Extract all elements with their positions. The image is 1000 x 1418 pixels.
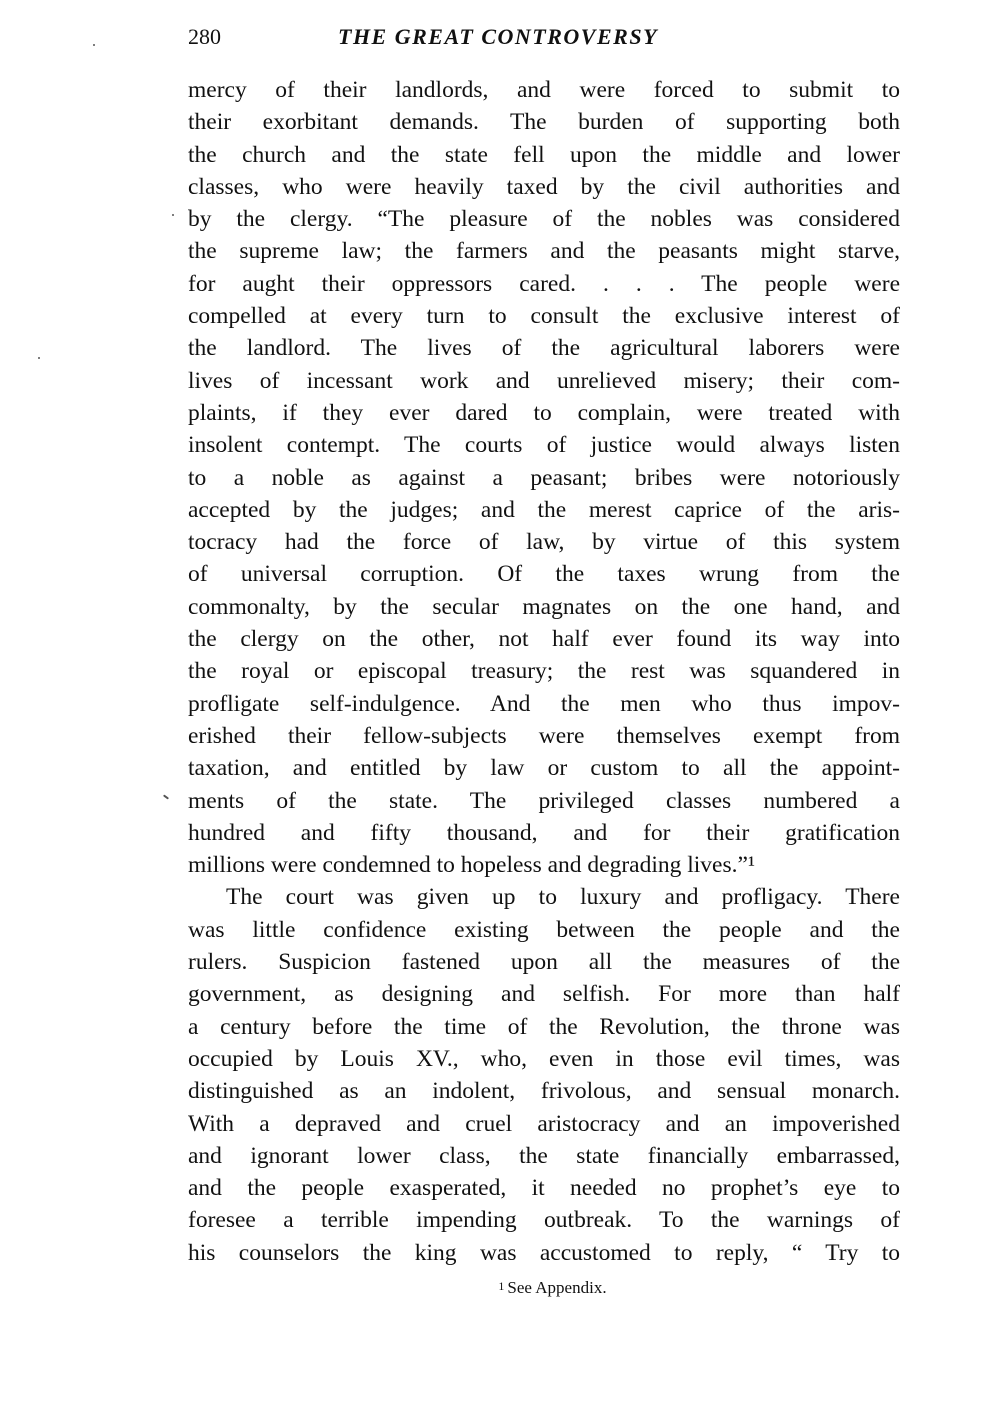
text-line: and the people exasperated, it needed no… bbox=[188, 1172, 900, 1204]
text-line: ments of the state. The privileged class… bbox=[188, 785, 900, 817]
text-line: and ignorant lower class, the state fina… bbox=[188, 1140, 900, 1172]
footnote-text: See Appendix. bbox=[507, 1278, 606, 1297]
running-title: THE GREAT CONTROVERSY bbox=[338, 20, 658, 54]
text-line: a century before the time of the Revolut… bbox=[188, 1011, 900, 1043]
text-line: compelled at every turn to consult the e… bbox=[188, 300, 900, 332]
text-line: of universal corruption. Of the taxes wr… bbox=[188, 558, 900, 590]
text-line: rulers. Suspicion fastened upon all the … bbox=[188, 946, 900, 978]
text-line: hundred and fifty thousand, and for thei… bbox=[188, 817, 900, 849]
page-number: 280 bbox=[188, 20, 221, 54]
text-line: lives of incessant work and unrelieved m… bbox=[188, 365, 900, 397]
text-line: their exorbitant demands. The burden of … bbox=[188, 106, 900, 138]
text-line: accepted by the judges; and the merest c… bbox=[188, 494, 900, 526]
text-line: profligate self-indulgence. And the men … bbox=[188, 688, 900, 720]
text-line: millions were condemned to hopeless and … bbox=[188, 849, 900, 881]
text-line: government, as designing and selfish. Fo… bbox=[188, 978, 900, 1010]
text-line: With a depraved and cruel aristocracy an… bbox=[188, 1108, 900, 1140]
text-line: occupied by Louis XV., who, even in thos… bbox=[188, 1043, 900, 1075]
body-text: mercy of their landlords, and were force… bbox=[188, 74, 900, 1269]
text-line: to a noble as against a peasant; bribes … bbox=[188, 462, 900, 494]
text-line: commonalty, by the secular magnates on t… bbox=[188, 591, 900, 623]
text-line: for aught their oppressors cared. . . . … bbox=[188, 268, 900, 300]
paragraph-2: The court was given up to luxury and pro… bbox=[188, 881, 900, 1269]
text-line: insolent contempt. The courts of justice… bbox=[188, 429, 900, 461]
running-head: 280 THE GREAT CONTROVERSY bbox=[188, 20, 900, 54]
text-line: the church and the state fell upon the m… bbox=[188, 139, 900, 171]
text-line: distinguished as an indolent, frivolous,… bbox=[188, 1075, 900, 1107]
footnote-marker: 1 bbox=[498, 1279, 504, 1293]
scan-speck bbox=[38, 357, 40, 359]
text-line: by the clergy. “The pleasure of the nobl… bbox=[188, 203, 900, 235]
text-line: the supreme law; the farmers and the pea… bbox=[188, 235, 900, 267]
scan-speck bbox=[172, 214, 174, 216]
text-line: The court was given up to luxury and pro… bbox=[188, 881, 900, 913]
text-line: his counselors the king was accustomed t… bbox=[188, 1237, 900, 1269]
text-line: erished their fellow-subjects were thems… bbox=[188, 720, 900, 752]
book-page: 280 THE GREAT CONTROVERSY mercy of their… bbox=[0, 0, 1000, 1418]
scan-speck bbox=[163, 794, 169, 799]
text-line: was little confidence existing between t… bbox=[188, 914, 900, 946]
paragraph-1: mercy of their landlords, and were force… bbox=[188, 74, 900, 881]
text-line: tocracy had the force of law, by virtue … bbox=[188, 526, 900, 558]
footnote: 1See Appendix. bbox=[0, 1274, 1000, 1300]
text-line: the royal or episcopal treasury; the res… bbox=[188, 655, 900, 687]
scan-speck bbox=[93, 44, 95, 46]
text-line: taxation, and entitled by law or custom … bbox=[188, 752, 900, 784]
text-line: foresee a terrible impending outbreak. T… bbox=[188, 1204, 900, 1236]
text-line: the landlord. The lives of the agricultu… bbox=[188, 332, 900, 364]
text-line: plaints, if they ever dared to complain,… bbox=[188, 397, 900, 429]
text-line: the clergy on the other, not half ever f… bbox=[188, 623, 900, 655]
text-line: classes, who were heavily taxed by the c… bbox=[188, 171, 900, 203]
text-line: mercy of their landlords, and were force… bbox=[188, 74, 900, 106]
